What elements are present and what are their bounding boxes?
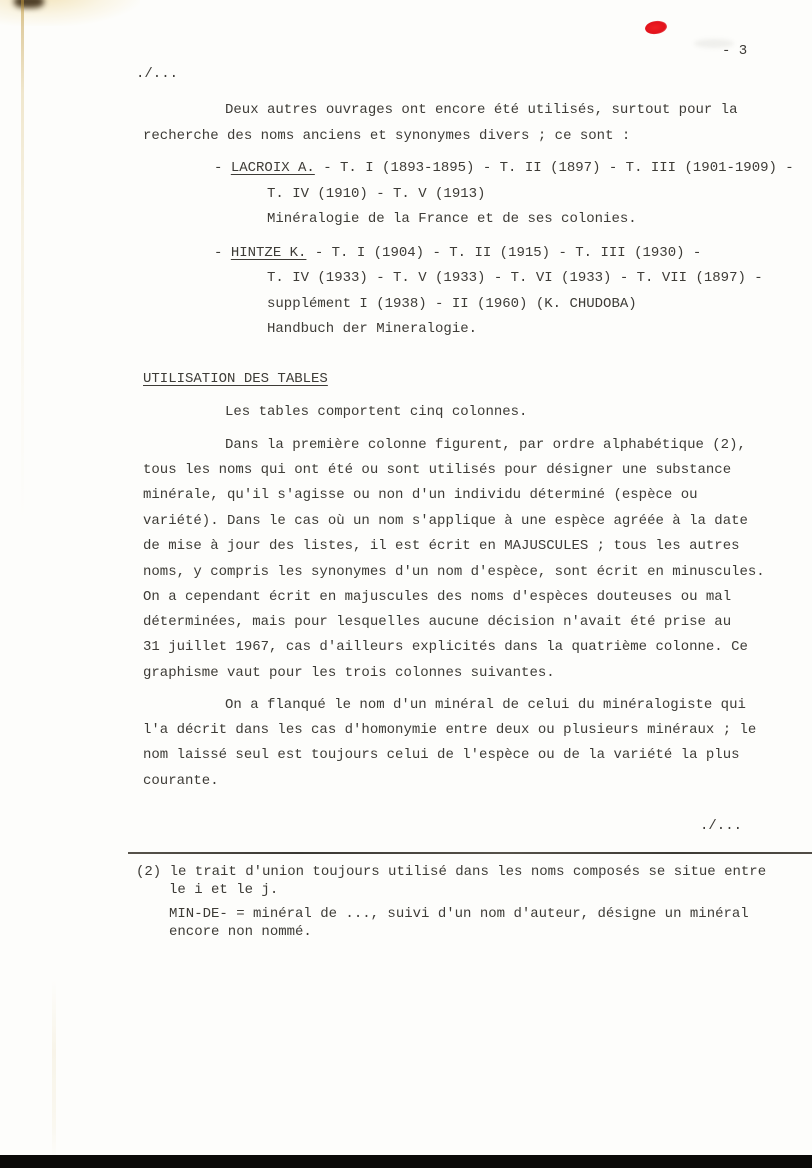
reference-volumes: - T. I (1893-1895) - T. II (1897) - T. I…: [315, 160, 794, 176]
body-text-line: Les tables comportent cinq colonnes.: [225, 404, 527, 420]
paper-crease-lower: [52, 980, 56, 1160]
body-text-line: de mise à jour des listes, il est écrit …: [143, 538, 740, 554]
reference-lacroix-line2: T. IV (1910) - T. V (1913): [267, 186, 485, 202]
body-text-line: On a flanqué le nom d'un minéral de celu…: [225, 697, 746, 713]
reference-hintze-line2: T. IV (1933) - T. V (1933) - T. VI (1933…: [267, 270, 763, 286]
scan-corner-mark: [14, 0, 44, 8]
footnote-line: MIN-DE- = minéral de ..., suivi d'un nom…: [169, 906, 749, 922]
reference-author-name: HINTZE K.: [231, 245, 307, 261]
body-text-line: variété). Dans le cas où un nom s'appliq…: [143, 513, 748, 529]
body-text-line: graphisme vaut pour les trois colonnes s…: [143, 665, 555, 681]
body-text-line: minérale, qu'il s'agisse ou non d'un ind…: [143, 487, 698, 503]
section-heading: UTILISATION DES TABLES: [143, 371, 328, 387]
reference-author-name: LACROIX A.: [231, 160, 315, 176]
red-dot-mark: [644, 20, 668, 36]
reference-hintze-line3: supplément I (1938) - II (1960) (K. CHUD…: [267, 296, 637, 312]
scanned-document-page: - 3 ./... Deux autres ouvrages ont encor…: [0, 0, 812, 1168]
body-text-line: courante.: [143, 773, 219, 789]
reference-hintze-line1: - HINTZE K. - T. I (1904) - T. II (1915)…: [214, 245, 701, 261]
continuation-mark-bottom: ./...: [700, 818, 742, 834]
continuation-mark-top: ./...: [136, 66, 178, 82]
list-dash: -: [214, 160, 231, 176]
body-text-line: On a cependant écrit en majuscules des n…: [143, 589, 731, 605]
body-text-line: nom laissé seul est toujours celui de l'…: [143, 747, 740, 763]
footnote-line: encore non nommé.: [169, 924, 312, 940]
page-number: - 3: [722, 43, 747, 59]
body-text-line: tous les noms qui ont été ou sont utilis…: [143, 462, 731, 478]
body-text-line: noms, y compris les synonymes d'un nom d…: [143, 564, 765, 580]
intro-line: Deux autres ouvrages ont encore été util…: [225, 102, 737, 118]
reference-lacroix-line1: - LACROIX A. - T. I (1893-1895) - T. II …: [214, 160, 794, 176]
paper-crease: [21, 0, 24, 520]
intro-line: recherche des noms anciens et synonymes …: [143, 128, 630, 144]
reference-lacroix-title: Minéralogie de la France et de ses colon…: [267, 211, 637, 227]
reference-hintze-title: Handbuch der Mineralogie.: [267, 321, 477, 337]
body-text-line: l'a décrit dans les cas d'homonymie entr…: [143, 722, 756, 738]
body-text-line: Dans la première colonne figurent, par o…: [225, 437, 746, 453]
reference-volumes: - T. I (1904) - T. II (1915) - T. III (1…: [306, 245, 701, 261]
body-text-line: déterminées, mais pour lesquelles aucune…: [143, 614, 731, 630]
footnote-rule: [128, 852, 812, 854]
footnote-line: (2) le trait d'union toujours utilisé da…: [136, 864, 766, 880]
footnote-line: le i et le j.: [169, 882, 278, 898]
scan-edge-bar: [0, 1155, 812, 1168]
body-text-line: 31 juillet 1967, cas d'ailleurs explicit…: [143, 639, 748, 655]
list-dash: -: [214, 245, 231, 261]
